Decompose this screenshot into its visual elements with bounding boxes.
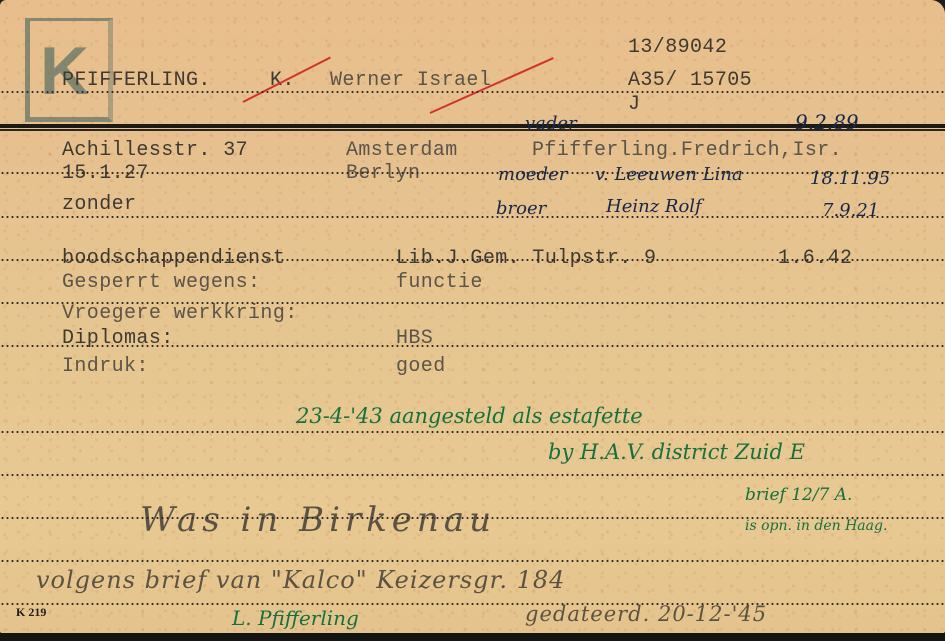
father-typed: Pfifferling.Fredrich,Isr. bbox=[532, 140, 842, 162]
blocked-label: Gesperrt wegens: bbox=[62, 272, 260, 294]
surname: PFIFFERLING. bbox=[62, 70, 211, 92]
rule-line bbox=[0, 560, 945, 562]
rule-line bbox=[0, 91, 945, 93]
rule-line bbox=[0, 216, 945, 218]
green-side-note2: is opn. in den Haag. bbox=[745, 518, 887, 534]
blocked-value: functie bbox=[396, 272, 483, 294]
birth-place: Berlyn bbox=[346, 163, 420, 185]
file-number: 13/89042 bbox=[628, 37, 727, 59]
impression-value: goed bbox=[396, 356, 446, 378]
green-note-line2: by H.A.V. district Zuid E bbox=[548, 440, 805, 464]
impression-label: Indruk: bbox=[62, 356, 149, 378]
address: Achillesstr. 37 bbox=[62, 140, 248, 162]
rule-line bbox=[0, 474, 945, 476]
green-side-note1: brief 12/7 A. bbox=[745, 485, 852, 505]
given-names: Werner Israel bbox=[330, 70, 491, 92]
brother-name: Heinz Rolf bbox=[606, 196, 702, 217]
rule-line bbox=[0, 259, 945, 261]
form-id: K 219 bbox=[16, 605, 46, 620]
rule-line bbox=[0, 172, 945, 174]
green-note-line1: 23-4-'43 aangesteld als estafette bbox=[296, 404, 643, 428]
city: Amsterdam bbox=[346, 140, 458, 162]
rule-line bbox=[0, 345, 945, 347]
father-hand-date: 9.2.89 bbox=[795, 110, 859, 134]
father-hand-label: vader bbox=[525, 113, 577, 134]
green-signature: L. Pfifferling bbox=[232, 606, 359, 630]
religion-mark: J bbox=[628, 94, 640, 116]
previous-label: Vroegere werkkring: bbox=[62, 303, 298, 325]
rule-line bbox=[0, 603, 945, 605]
archive-ref: A35/ 15705 bbox=[628, 70, 752, 92]
archive-index-card: K PFIFFERLING. K. Werner Israel 13/89042… bbox=[0, 0, 945, 633]
pencil-note-birkenau: Was in Birkenau bbox=[140, 500, 496, 540]
pencil-note-dated: gedateerd. 20-12-'45 bbox=[525, 602, 767, 626]
occupation-status: zonder bbox=[62, 194, 136, 216]
red-strike-1 bbox=[243, 57, 331, 103]
scan-edge bbox=[0, 633, 945, 641]
mother-name: v. Leeuwen Lina bbox=[595, 164, 743, 185]
pencil-note-source: volgens brief van "Kalco" Keizersgr. 184 bbox=[36, 566, 565, 594]
birth-date: 15.1.27 bbox=[62, 163, 149, 185]
rule-line bbox=[0, 431, 945, 433]
mother-label: moeder bbox=[498, 164, 567, 185]
